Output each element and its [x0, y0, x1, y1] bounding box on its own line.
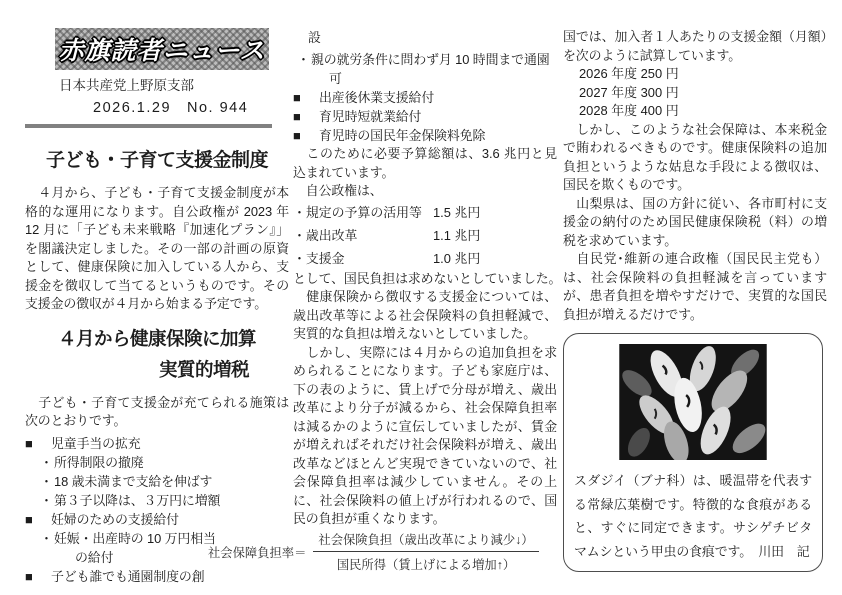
headline-sub-line1: ４月から健康保険に加算	[25, 325, 289, 351]
list-item-text: 出産後休業支援給付	[319, 88, 434, 107]
list-item-text: 18 歳未満まで支給を伸ばす	[54, 472, 212, 491]
list-item: ■育児時の国民年金保険料免除	[293, 126, 557, 145]
issue-date-number: 2026.1.29 No. 944	[93, 96, 289, 117]
paragraph: 山梨県は、国の方針に従い、各市町村に支援金の納付のため国民健康保険税（料）の増税…	[563, 195, 827, 251]
list-item: ・親の就労条件に問わず月 10 時間まで通園	[293, 50, 557, 69]
list-item: ■出産後休業支援給付	[293, 88, 557, 107]
formula-label: 社会保障負担率＝	[208, 543, 306, 561]
square-bullet-icon: ■	[293, 126, 319, 145]
newsletter-page: 赤旗読者ニュース 日本共産党上野原支部 2026.1.29 No. 944 子ど…	[0, 0, 842, 595]
dot-bullet-icon: ・	[40, 472, 54, 491]
nature-box-caption: スダジイ（ブナ科）は、暖温帯を代表する常緑広葉樹です。特徴的な食痕があると、すぐ…	[574, 469, 812, 563]
masthead-title: 赤旗読者ニュース	[59, 31, 266, 67]
header-divider	[25, 124, 272, 128]
measures-list-continued: ・親の就労条件に問わず月 10 時間まで通園 可 ■出産後休業支援給付 ■育児時…	[293, 50, 557, 145]
column-2: 設 ・親の就労条件に問わず月 10 時間まで通園 可 ■出産後休業支援給付 ■育…	[293, 28, 557, 529]
budget-row: ・規定の予算の活用等1.5 兆円	[293, 201, 557, 224]
budget-value: 1.0 兆円	[433, 247, 480, 270]
org-name: 日本共産党上野原支部	[59, 74, 289, 94]
paragraph: このために必要予算総額は、3.6 兆円と見込まれています。	[293, 145, 557, 182]
paragraph: しかし、実際には４月からの追加負担を求められることになります。子ども家庭庁は、下…	[293, 344, 557, 529]
budget-table: ・規定の予算の活用等1.5 兆円 ・歳出改革1.1 兆円 ・支援金1.0 兆円	[293, 201, 557, 270]
estimate-line: 2028 年度 400 円	[563, 102, 827, 121]
list-item-text: 育児時短就業給付	[319, 107, 421, 126]
dot-bullet-icon: ・	[40, 529, 54, 548]
list-item-text: の給付	[75, 548, 113, 567]
square-bullet-icon: ■	[25, 510, 51, 529]
estimate-line: 2027 年度 300 円	[563, 84, 827, 103]
estimate-list: 2026 年度 250 円 2027 年度 300 円 2028 年度 400 …	[563, 65, 827, 121]
list-item-text: 可	[329, 69, 342, 88]
list-item: ■育児時短就業給付	[293, 107, 557, 126]
paragraph: として、国民負担は求めないとしていました。	[293, 270, 557, 289]
burden-rate-formula: 社会保障負担率＝ 社会保険負担（歳出改革により減少↓） 国民所得（賃上げによる増…	[208, 530, 539, 573]
square-bullet-icon: ■	[293, 88, 319, 107]
budget-value: 1.1 兆円	[433, 224, 480, 247]
budget-label: ・支援金	[293, 247, 433, 270]
list-item: ・第３子以降は、３万円に増額	[25, 491, 289, 510]
budget-row: ・支援金1.0 兆円	[293, 247, 557, 270]
paragraph: 健康保険から徴収する支援金については、歳出改革等による社会保険料の負担軽減で、実…	[293, 288, 557, 344]
dot-bullet-icon: ・	[40, 491, 54, 510]
square-bullet-icon: ■	[25, 567, 51, 586]
budget-label: ・歳出改革	[293, 224, 433, 247]
nature-column-box: スダジイ（ブナ科）は、暖温帯を代表する常緑広葉樹です。特徴的な食痕があると、すぐ…	[563, 333, 823, 572]
leaf-photo	[619, 344, 767, 460]
masthead-banner: 赤旗読者ニュース	[55, 28, 269, 70]
square-bullet-icon: ■	[293, 107, 319, 126]
budget-label: ・規定の予算の活用等	[293, 201, 433, 224]
list-item-text: 妊娠・出産時の 10 万円相当	[54, 529, 216, 548]
list-item: 可	[293, 69, 557, 88]
continuation-text: 設	[293, 28, 557, 47]
paragraph: 子ども・子育て支援金が充てられる施策は次のとおりです。	[25, 394, 289, 431]
list-item-text: 第３子以降は、３万円に増額	[54, 491, 220, 510]
list-item-text: 妊婦のための支援給付	[51, 510, 179, 529]
list-item: ・所得制限の撤廃	[25, 453, 289, 472]
formula-numerator: 社会保険負担（歳出改革により減少↓）	[313, 530, 538, 552]
paragraph: 国では、加入者１人あたりの支援金額（月額）を次のように試算しています。	[563, 28, 827, 65]
paragraph: 自民党･維新の連合政権（国民民主党も）は、社会保険料の負担軽減を言っていますが、…	[563, 250, 827, 324]
list-item-text: 育児時の国民年金保険料免除	[319, 126, 485, 145]
estimate-line: 2026 年度 250 円	[563, 65, 827, 84]
lead-paragraph: ４月から、子ども・子育て支援金制度が本格的な運用になります。自公政権が 2023…	[25, 184, 289, 314]
paragraph: 自公政権は、	[293, 182, 557, 201]
list-item: ■妊婦のための支援給付	[25, 510, 289, 529]
dot-bullet-icon: ・	[297, 50, 311, 69]
dot-bullet-icon: ・	[40, 453, 54, 472]
budget-value: 1.5 兆円	[433, 201, 480, 224]
list-item-text: 所得制限の撤廃	[54, 453, 144, 472]
budget-row: ・歳出改革1.1 兆円	[293, 224, 557, 247]
column-1: 赤旗読者ニュース 日本共産党上野原支部 2026.1.29 No. 944 子ど…	[25, 28, 289, 586]
list-item-text: 児童手当の拡充	[51, 434, 141, 453]
formula-fraction: 社会保険負担（歳出改革により減少↓） 国民所得（賃上げによる増加↑）	[313, 530, 538, 573]
square-bullet-icon: ■	[25, 434, 51, 453]
list-item: ■児童手当の拡充	[25, 434, 289, 453]
paragraph: しかし、このような社会保障は、本来税金で賄われるべきものです。健康保険料の追加負…	[563, 121, 827, 195]
column-3: 国では、加入者１人あたりの支援金額（月額）を次のように試算しています。 2026…	[563, 28, 827, 572]
list-item-text: 親の就労条件に問わず月 10 時間まで通園	[311, 50, 550, 69]
list-item-text: 子ども誰でも通園制度の創	[51, 567, 205, 586]
formula-denominator: 国民所得（賃上げによる増加↑）	[337, 552, 515, 573]
headline-main: 子ども・子育て支援金制度	[25, 145, 289, 172]
headline-sub-line2: 実質的増税	[25, 356, 289, 382]
list-item: ・18 歳未満まで支給を伸ばす	[25, 472, 289, 491]
